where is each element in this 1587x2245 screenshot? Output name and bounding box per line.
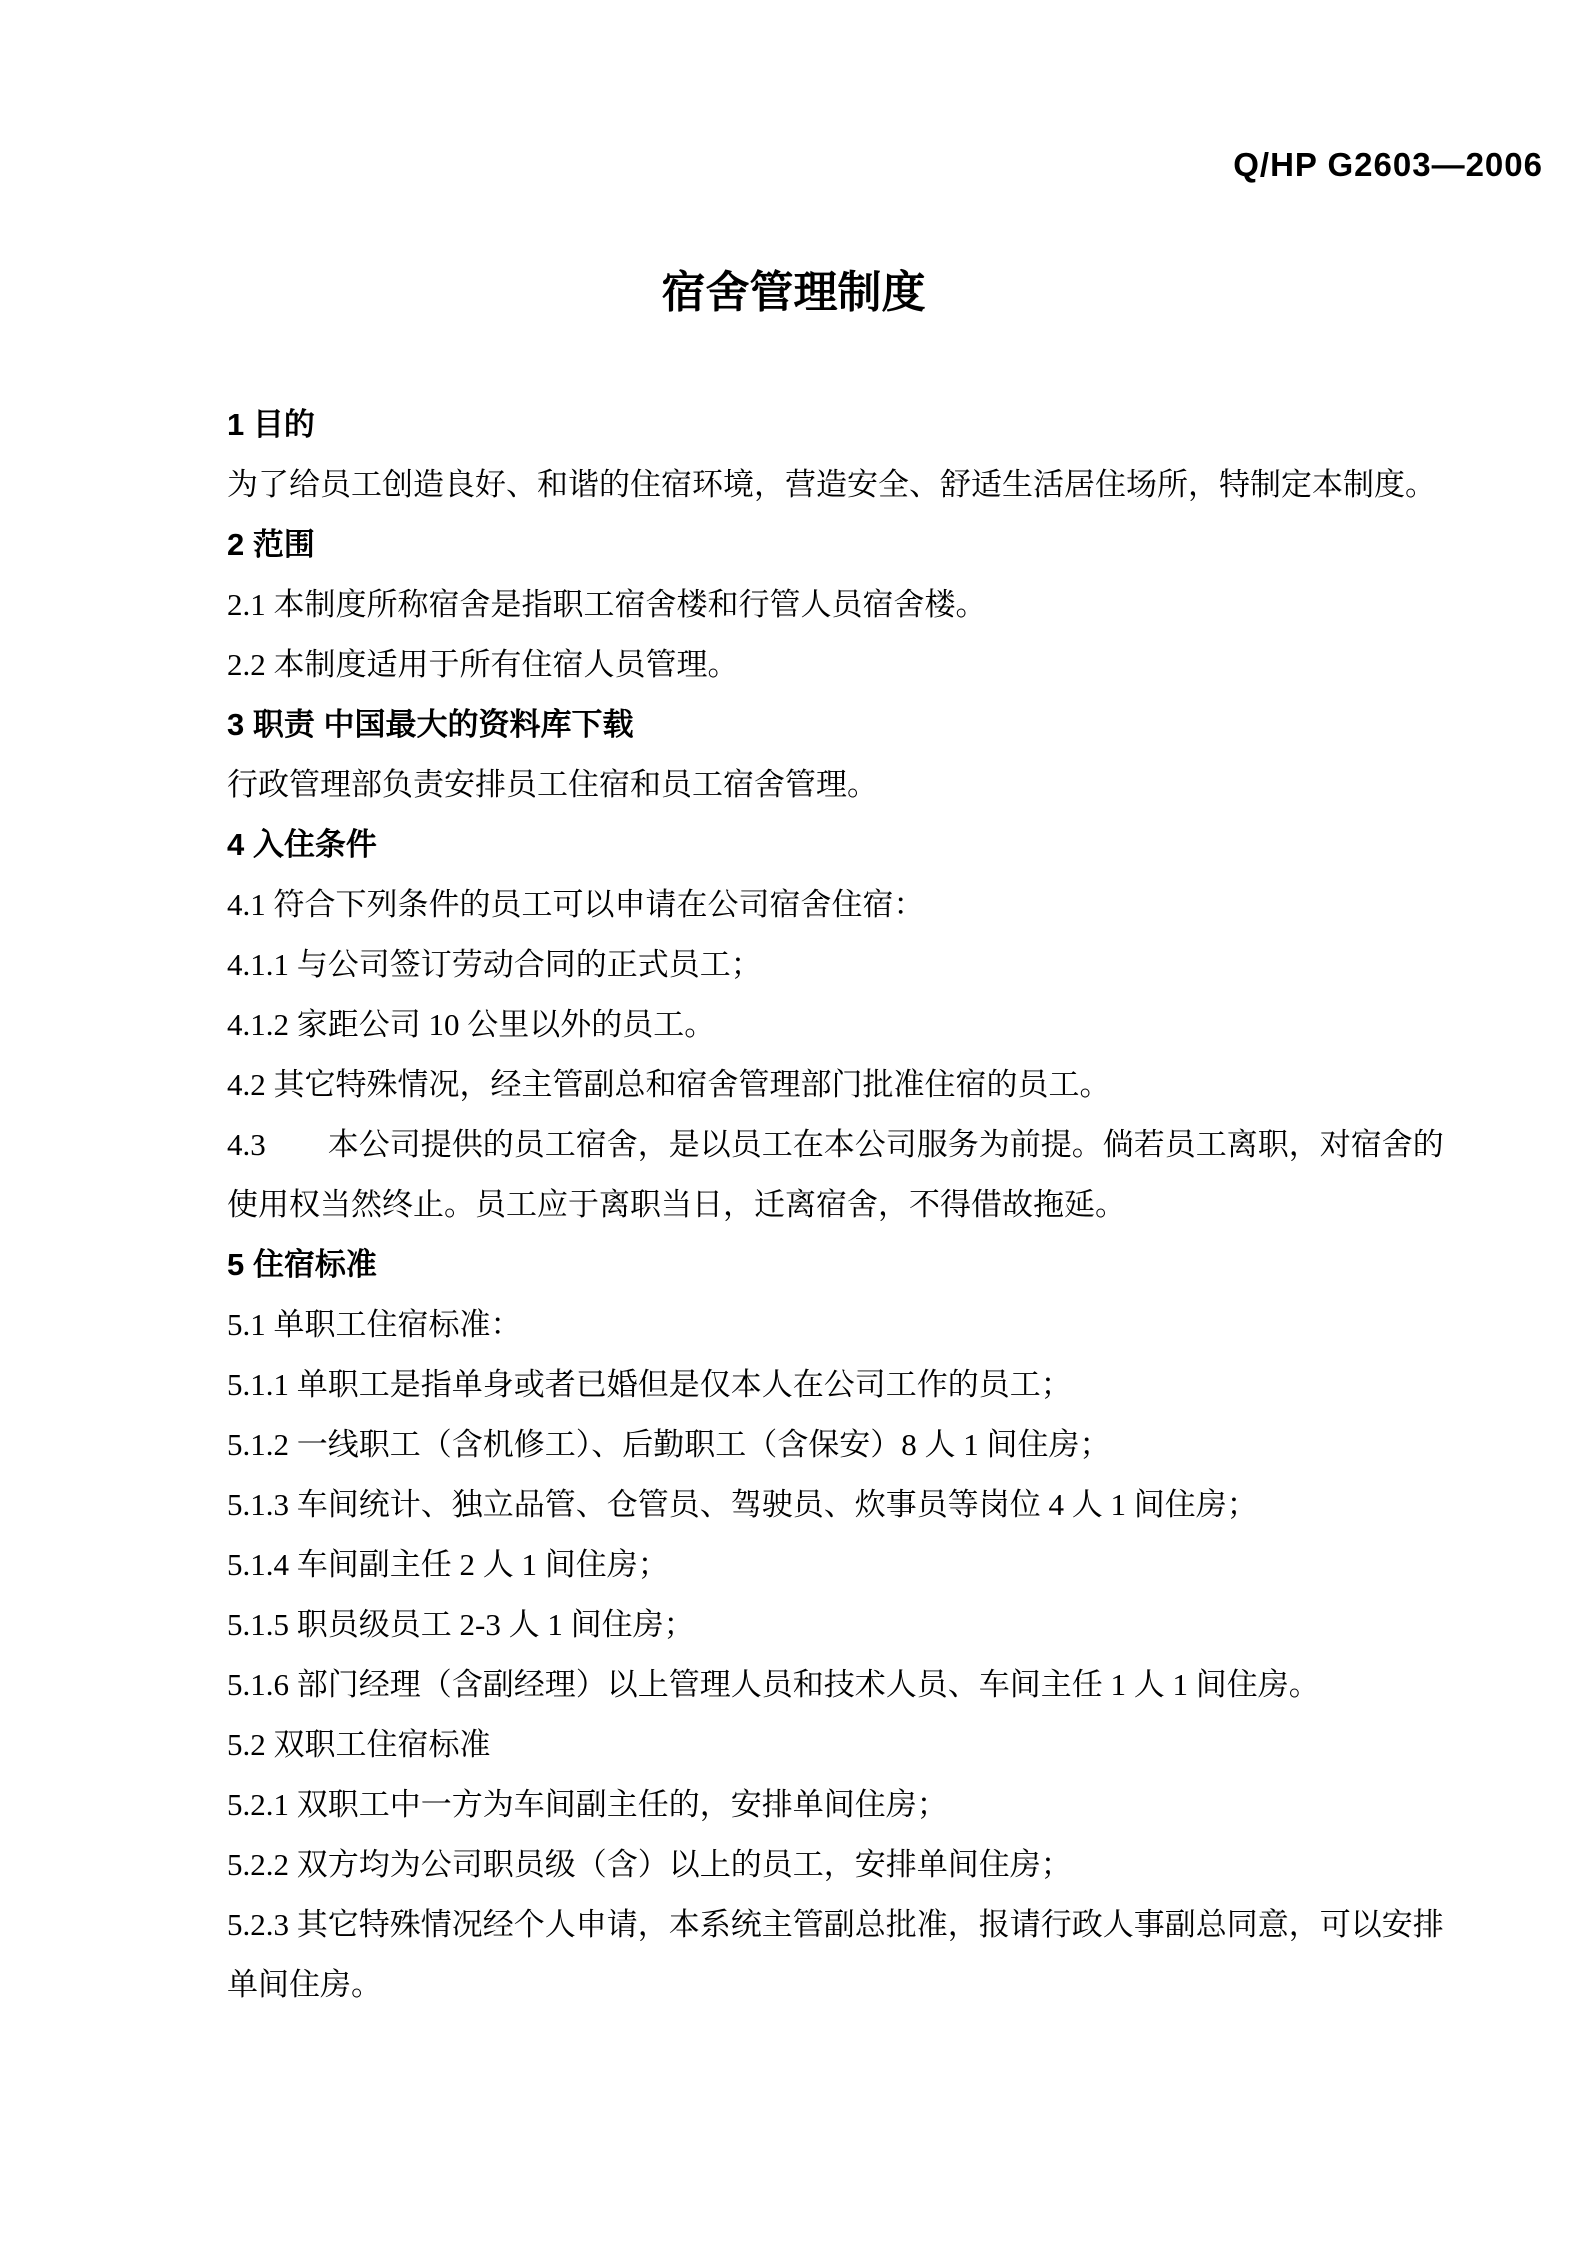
paragraph-line: 4.2 其它特殊情况，经主管副总和宿舍管理部门批准住宿的员工。: [227, 1055, 1387, 1115]
document-page: Q/HP G2603—2006 宿舍管理制度 1 目的为了给员工创造良好、和谐的…: [0, 0, 1587, 2245]
paragraph-line: 为了给员工创造良好、和谐的住宿环境，营造安全、舒适生活居住场所，特制定本制度。: [227, 455, 1387, 515]
paragraph-line: 5.1.3 车间统计、独立品管、仓管员、驾驶员、炊事员等岗位 4 人 1 间住房…: [227, 1475, 1387, 1535]
paragraph-line: 5.1.6 部门经理（含副经理）以上管理人员和技术人员、车间主任 1 人 1 间…: [227, 1655, 1387, 1715]
section-heading: 1 目的: [227, 395, 1387, 455]
paragraph-line: 4.1.2 家距公司 10 公里以外的员工。: [227, 995, 1387, 1055]
doc-code: Q/HP G2603—2006: [1233, 146, 1543, 184]
paragraph-line: 5.1 单职工住宿标准：: [227, 1295, 1387, 1355]
paragraph-line: 5.1.4 车间副主任 2 人 1 间住房；: [227, 1535, 1387, 1595]
paragraph-line: 行政管理部负责安排员工住宿和员工宿舍管理。: [227, 755, 1387, 815]
section-heading: 4 入住条件: [227, 815, 1387, 875]
paragraph-line: 2.2 本制度适用于所有住宿人员管理。: [227, 635, 1387, 695]
section-heading: 2 范围: [227, 515, 1387, 575]
section-heading: 5 住宿标准: [227, 1235, 1387, 1295]
document-body: 1 目的为了给员工创造良好、和谐的住宿环境，营造安全、舒适生活居住场所，特制定本…: [227, 395, 1387, 2015]
paragraph-line: 2.1 本制度所称宿舍是指职工宿舍楼和行管人员宿舍楼。: [227, 575, 1387, 635]
paragraph-line: 4.1.1 与公司签订劳动合同的正式员工；: [227, 935, 1387, 995]
paragraph-line: 5.2.2 双方均为公司职员级（含）以上的员工，安排单间住房；: [227, 1835, 1387, 1895]
paragraph-line: 5.2.3 其它特殊情况经个人申请，本系统主管副总批准，报请行政人事副总同意，可…: [227, 1895, 1387, 1955]
paragraph-line: 5.1.2 一线职工（含机修工）、后勤职工（含保安）8 人 1 间住房；: [227, 1415, 1387, 1475]
paragraph-line: 单间住房。: [227, 1955, 1387, 2015]
document-title: 宿舍管理制度: [0, 256, 1587, 320]
paragraph-line: 5.1.5 职员级员工 2-3 人 1 间住房；: [227, 1595, 1387, 1655]
paragraph-line: 4.3 本公司提供的员工宿舍，是以员工在本公司服务为前提。倘若员工离职，对宿舍的: [227, 1115, 1387, 1175]
section-heading: 3 职责 中国最大的资料库下载: [227, 695, 1387, 755]
paragraph-line: 5.1.1 单职工是指单身或者已婚但是仅本人在公司工作的员工；: [227, 1355, 1387, 1415]
paragraph-line: 使用权当然终止。员工应于离职当日，迁离宿舍，不得借故拖延。: [227, 1175, 1387, 1235]
paragraph-line: 4.1 符合下列条件的员工可以申请在公司宿舍住宿：: [227, 875, 1387, 935]
paragraph-line: 5.2.1 双职工中一方为车间副主任的，安排单间住房；: [227, 1775, 1387, 1835]
paragraph-line: 5.2 双职工住宿标准: [227, 1715, 1387, 1775]
